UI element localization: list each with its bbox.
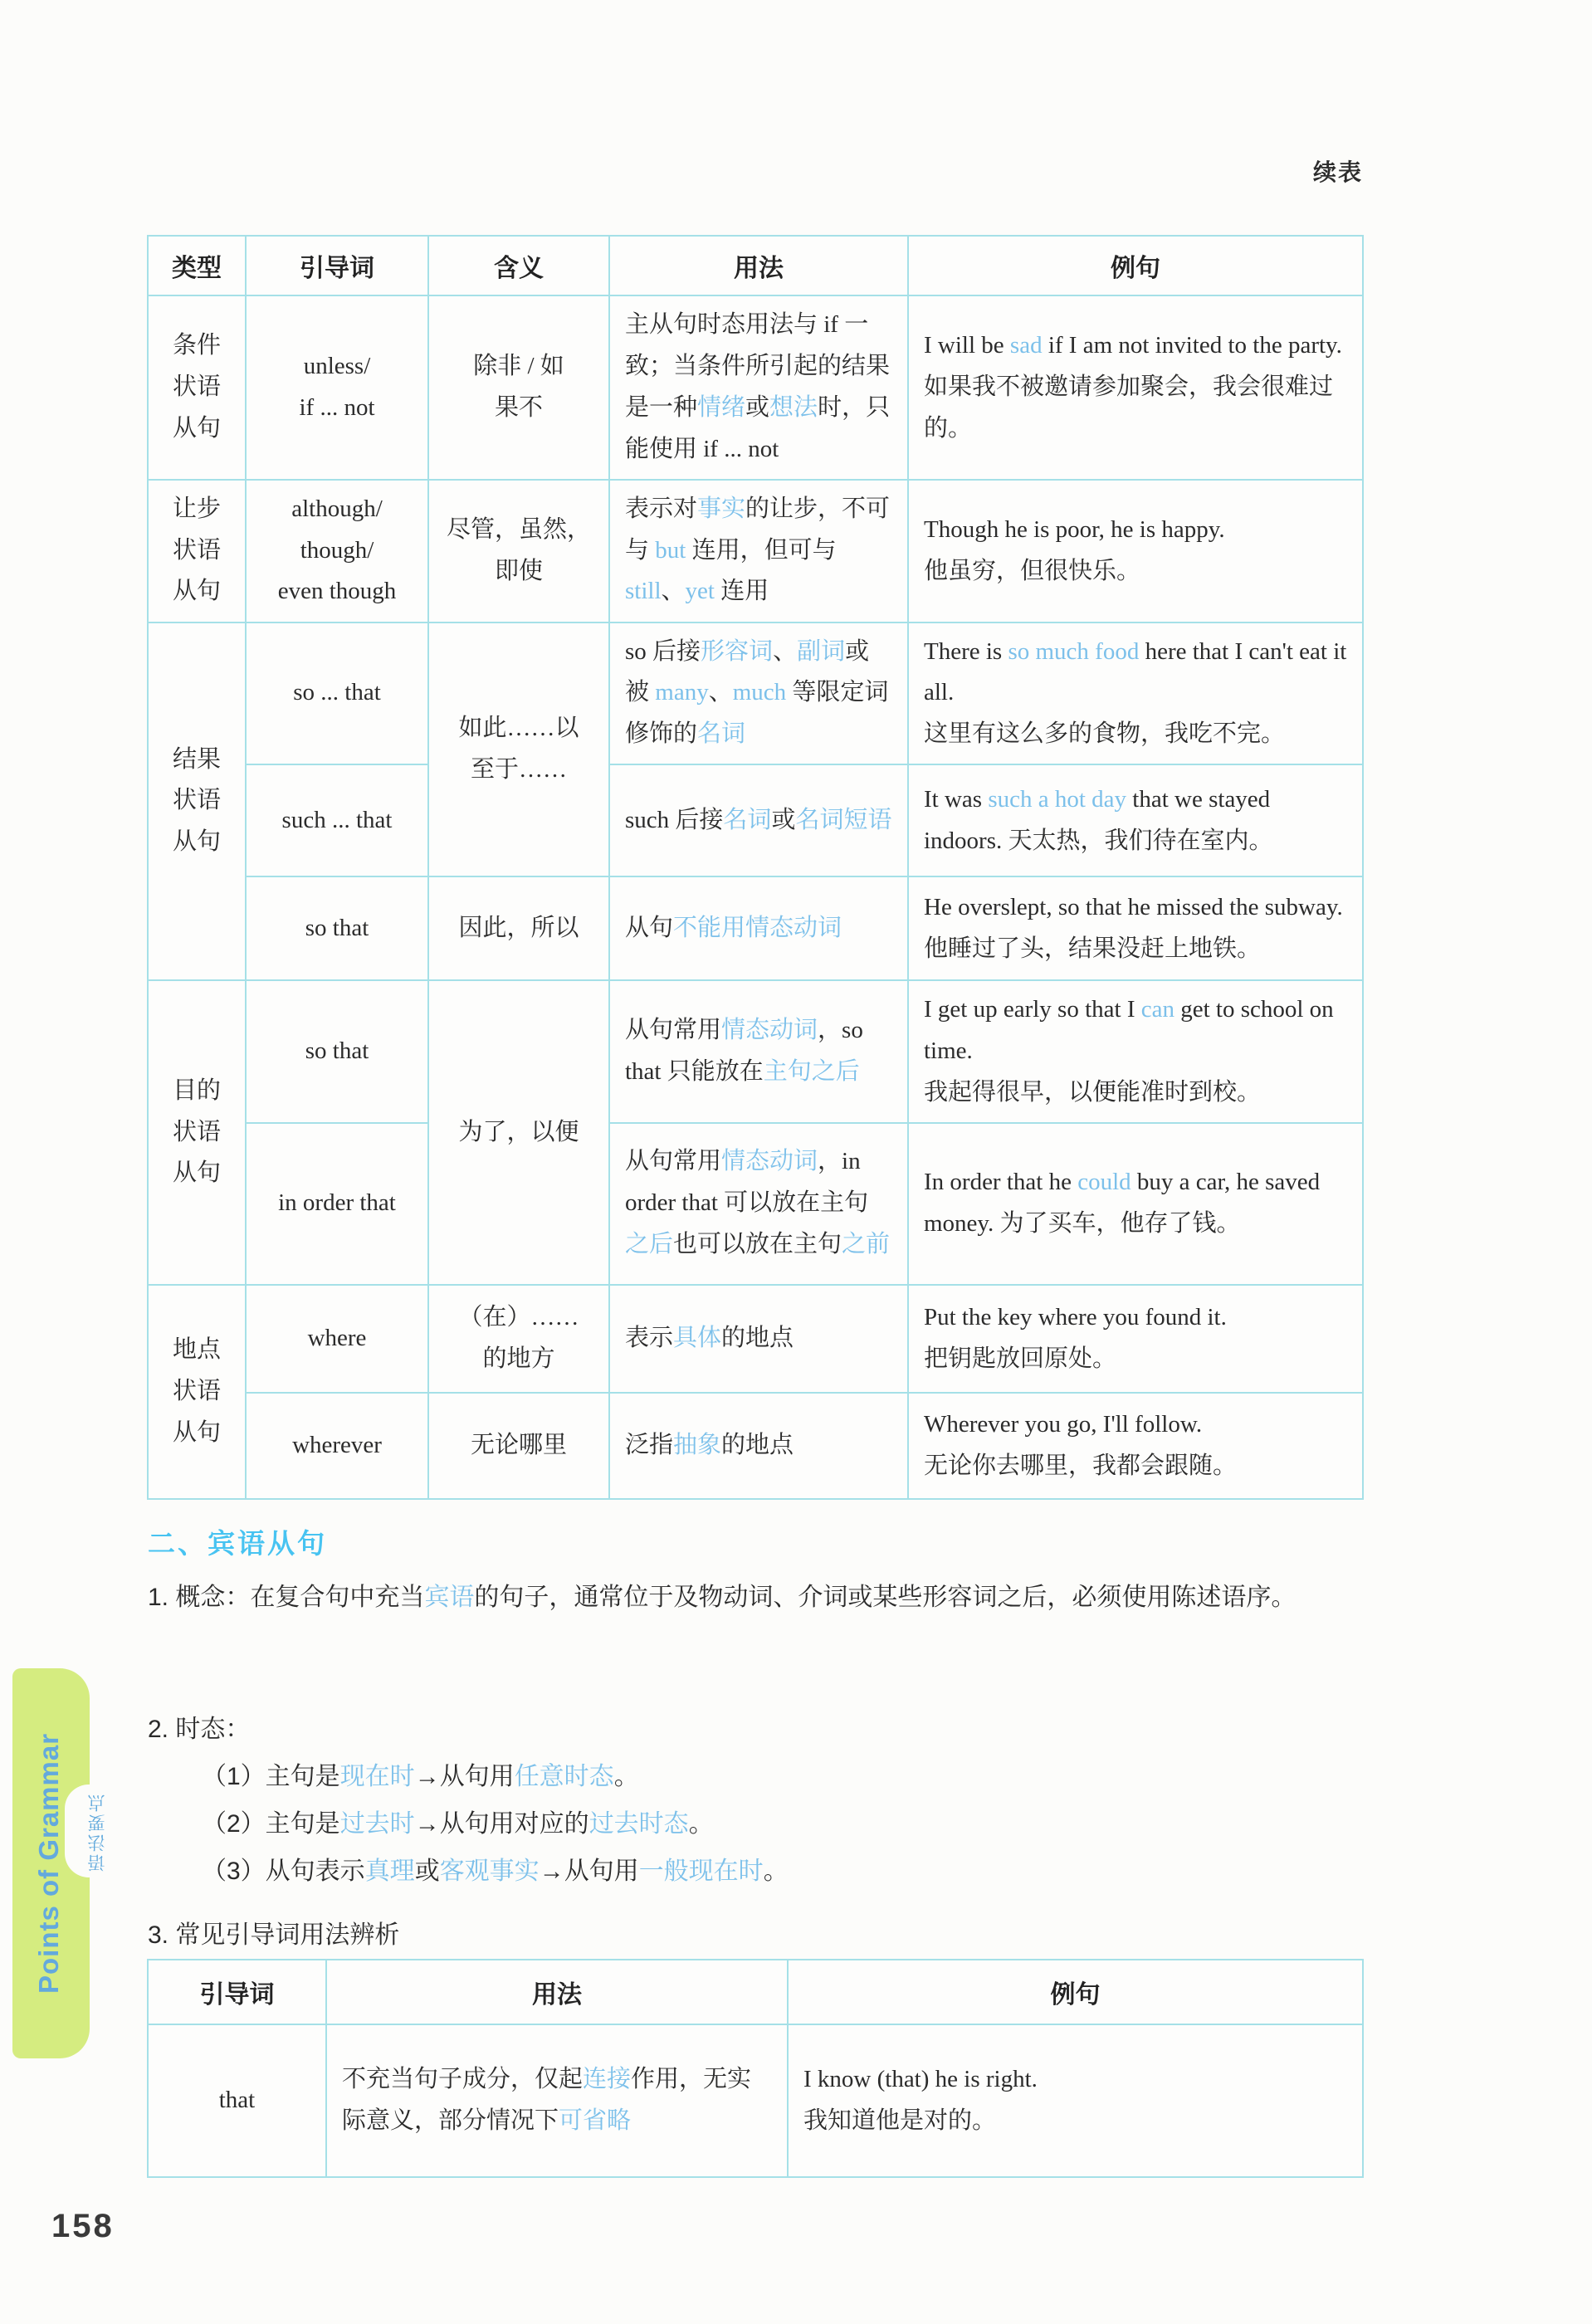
cell-usage: 表示具体的地点 <box>609 1285 908 1393</box>
cell-meaning: （在）…… 的地方 <box>428 1285 609 1393</box>
cell-usage: 从句常用情态动词，so that 只能放在主句之后 <box>609 980 908 1123</box>
cell-usage: such 后接名词或名词短语 <box>609 764 908 876</box>
cell-meaning: 为了，以便 <box>428 980 609 1285</box>
cell-meaning: 如此……以 至于…… <box>428 622 609 877</box>
note-tense-label: 2. 时态： <box>148 1708 250 1745</box>
col-header-conjunction: 引导词 <box>246 236 428 295</box>
cell-usage: 不充当句子成分，仅起连接作用，无实际意义，部分情况下可省略 <box>326 2024 788 2177</box>
table-row-conditional-clause: 条件 状语 从句 unless/ if ... not 除非 / 如 果不 主从… <box>148 295 1363 480</box>
table-row-place-wherever: wherever 无论哪里 泛指抽象的地点 Wherever you go, I… <box>148 1393 1363 1499</box>
note-concept-text: 在复合句中充当宾语的句子，通常位于及物动词、介词或某些形容词之后，必须使用陈述语… <box>250 1584 1296 1611</box>
cell-meaning: 尽管，虽然， 即使 <box>428 480 609 622</box>
table-row-result-such-that: such ... that such 后接名词或名词短语 It was such… <box>148 764 1363 876</box>
cell-usage: 泛指抽象的地点 <box>609 1393 908 1499</box>
col-header-conjunction: 引导词 <box>148 1960 326 2024</box>
cell-example: Wherever you go, I'll follow. 无论你去哪里，我都会… <box>908 1393 1363 1499</box>
table-row-purpose-in-order-that: in order that 从句常用情态动词，in order that 可以放… <box>148 1123 1363 1285</box>
cell-meaning: 因此，所以 <box>428 876 609 980</box>
col-header-meaning: 含义 <box>428 236 609 295</box>
note-concept: 1. 概念：在复合句中充当宾语的句子，通常位于及物动词、介词或某些形容词之后，必… <box>148 1572 1508 1623</box>
cell-conjunction: so that <box>246 980 428 1123</box>
cell-type: 地点 状语 从句 <box>148 1285 246 1499</box>
table-row-purpose-so-that: 目的 状语 从句 so that 为了，以便 从句常用情态动词，so that … <box>148 980 1363 1123</box>
tense-rule-2: （2）主句是过去时→从句用对应的过去时态。 <box>202 1800 789 1848</box>
table-row-result-so-that-2: so that 因此，所以 从句不能用情态动词 He overslept, so… <box>148 876 1363 980</box>
cell-example: I know (that) he is right. 我知道他是对的。 <box>788 2024 1363 2177</box>
cell-type: 目的 状语 从句 <box>148 980 246 1285</box>
note-concept-number: 1. 概念： <box>148 1584 250 1611</box>
object-clause-conjunction-table: 引导词 用法 例句 that 不充当句子成分，仅起连接作用，无实际意义，部分情况… <box>147 1959 1364 2178</box>
cell-example: In order that he could buy a car, he sav… <box>908 1123 1363 1285</box>
cell-meaning: 除非 / 如 果不 <box>428 295 609 480</box>
cell-example: Though he is poor, he is happy. 他虽穷，但很快乐… <box>908 480 1363 622</box>
cell-conjunction: although/ though/ even though <box>246 480 428 622</box>
cell-conjunction: such ... that <box>246 764 428 876</box>
adverbial-clauses-table: 类型 引导词 含义 用法 例句 条件 状语 从句 unless/ if ... … <box>147 235 1364 1500</box>
cell-example: Put the key where you found it. 把钥匙放回原处。 <box>908 1285 1363 1393</box>
cell-example: I will be sad if I am not invited to the… <box>908 295 1363 480</box>
cell-meaning: 无论哪里 <box>428 1393 609 1499</box>
col-header-usage: 用法 <box>609 236 908 295</box>
cell-conjunction: in order that <box>246 1123 428 1285</box>
textbook-page: 续表 类型 引导词 含义 用法 例句 条件 状语 从句 unless/ if .… <box>0 0 1592 2324</box>
cell-type: 结果 状语 从句 <box>148 622 246 981</box>
cell-conjunction: where <box>246 1285 428 1393</box>
cell-type: 条件 状语 从句 <box>148 295 246 480</box>
table1-header-row: 类型 引导词 含义 用法 例句 <box>148 236 1363 295</box>
section-heading-object-clauses: 二、宾语从句 <box>148 1522 327 1561</box>
col-header-example: 例句 <box>908 236 1363 295</box>
continued-table-label: 续表 <box>1313 154 1363 188</box>
table2-header-row: 引导词 用法 例句 <box>148 1960 1363 2024</box>
cell-example: He overslept, so that he missed the subw… <box>908 876 1363 980</box>
sidebar-tab: Points of Grammar 语法要点 <box>12 1668 90 2058</box>
table-row-place-where: 地点 状语 从句 where （在）…… 的地方 表示具体的地点 Put the… <box>148 1285 1363 1393</box>
sidebar-tab-title-zh: 语法要点 <box>85 1778 110 1886</box>
col-header-type: 类型 <box>148 236 246 295</box>
cell-usage: so 后接形容词、副词或被 many、much 等限定词修饰的名词 <box>609 622 908 765</box>
tense-rule-1: （1）主句是现在时→从句用任意时态。 <box>202 1753 789 1800</box>
cell-type: 让步 状语 从句 <box>148 480 246 622</box>
col-header-usage: 用法 <box>326 1960 788 2024</box>
table-row-result-so-that: 结果 状语 从句 so ... that 如此……以 至于…… so 后接形容词… <box>148 622 1363 765</box>
table-row-concessive-clause: 让步 状语 从句 although/ though/ even though 尽… <box>148 480 1363 622</box>
note-common-conjunctions: 3. 常见引导词用法辨析 <box>148 1914 399 1950</box>
cell-usage: 表示对事实的让步，不可与 but 连用，但可与 still、yet 连用 <box>609 480 908 622</box>
cell-example: There is so much food here that I can't … <box>908 622 1363 765</box>
tense-rule-3: （3）从句表示真理或客观事实→从句用一般现在时。 <box>202 1848 789 1895</box>
cell-conjunction: so ... that <box>246 622 428 765</box>
page-number: 158 <box>51 2208 115 2245</box>
col-header-example: 例句 <box>788 1960 1363 2024</box>
cell-conjunction: that <box>148 2024 326 2177</box>
cell-usage: 主从句时态用法与 if 一致；当条件所引起的结果是一种情绪或想法时，只能使用 i… <box>609 295 908 480</box>
tense-rules-list: （1）主句是现在时→从句用任意时态。 （2）主句是过去时→从句用对应的过去时态。… <box>202 1753 789 1895</box>
cell-conjunction: unless/ if ... not <box>246 295 428 480</box>
table-row-that: that 不充当句子成分，仅起连接作用，无实际意义，部分情况下可省略 I kno… <box>148 2024 1363 2177</box>
cell-conjunction: wherever <box>246 1393 428 1499</box>
cell-example: It was such a hot day that we stayed ind… <box>908 764 1363 876</box>
cell-usage: 从句常用情态动词，in order that 可以放在主句之后也可以放在主句之前 <box>609 1123 908 1285</box>
cell-conjunction: so that <box>246 876 428 980</box>
cell-example: I get up early so that I can get to scho… <box>908 980 1363 1123</box>
cell-usage: 从句不能用情态动词 <box>609 876 908 980</box>
